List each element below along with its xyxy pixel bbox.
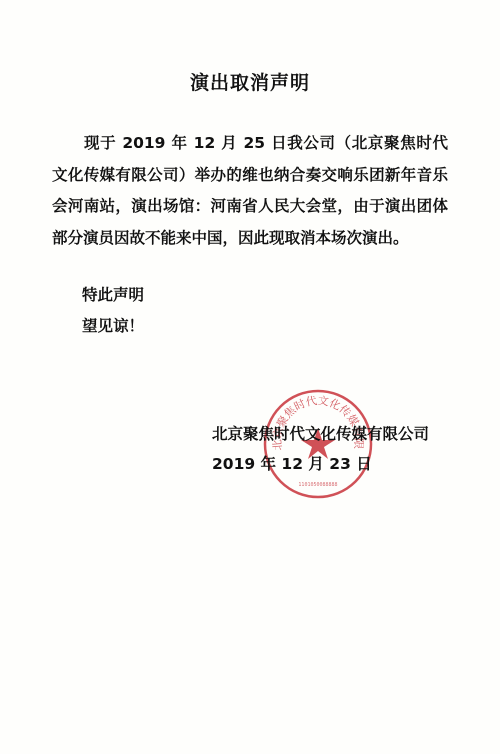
announcement-body: 现于 2019 年 12 月 25 日我公司（北京聚焦时代文化传媒有限公司）举办…	[52, 128, 448, 254]
signature-company: 北京聚焦时代文化传媒有限公司	[212, 422, 429, 444]
company-seal-icon: 北京聚焦时代文化传媒有限公司 1101050088888	[262, 388, 374, 500]
svg-text:1101050088888: 1101050088888	[298, 482, 337, 488]
document-title: 演出取消声明	[0, 68, 500, 95]
signature-date: 2019 年 12 月 23 日	[212, 452, 372, 474]
closing-line-statement: 特此声明	[82, 283, 144, 305]
closing-line-apology: 望见谅！	[82, 314, 144, 336]
document-page: 演出取消声明 现于 2019 年 12 月 25 日我公司（北京聚焦时代文化传媒…	[0, 0, 500, 754]
